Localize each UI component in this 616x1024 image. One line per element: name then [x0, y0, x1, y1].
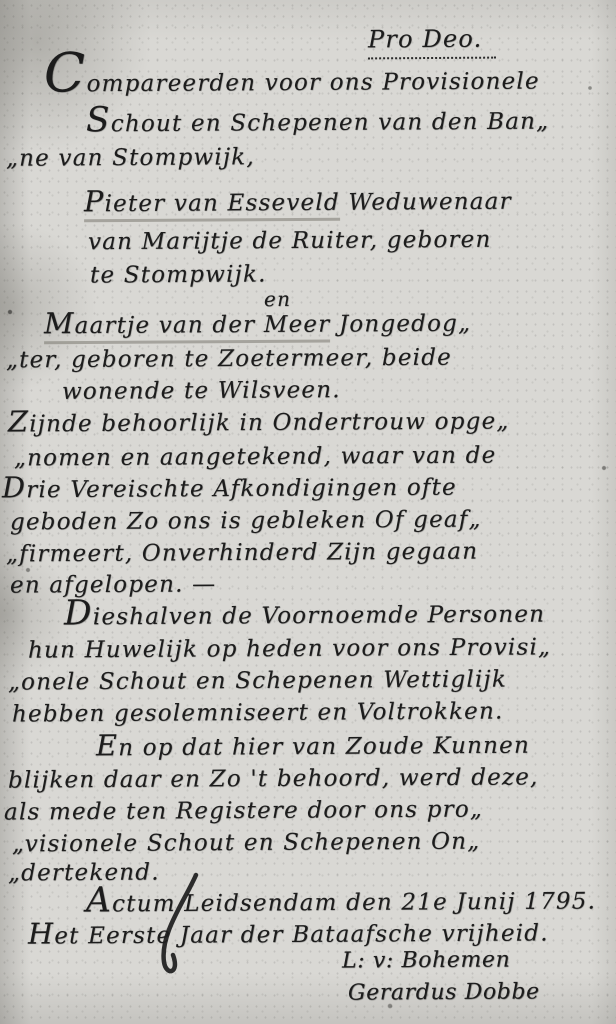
banns-line-3: Drie Vereischte Afkondigingen ofte — [2, 473, 457, 506]
groom-detail-line-1: van Marijtje de Ruiter, geboren — [88, 225, 492, 257]
opening-line-2: Schout en Schepenen van den Ban„ — [86, 107, 549, 140]
pro-deo-heading: Pro Deo. — [368, 24, 497, 55]
banns-line-4: geboden Zo ons is gebleken Of geaf„ — [10, 505, 482, 538]
opening-line-3: „ne van Stompwijk, — [6, 142, 255, 174]
groom-detail-line-2: te Stompwijk. — [90, 259, 267, 290]
solemnization-line-2: hun Huwelijk op heden voor ons Provisi„ — [28, 632, 551, 665]
bride-detail-line-2: wonende te Wilsveen. — [62, 375, 341, 407]
groom-name: Pieter van Esseveld — [84, 190, 340, 223]
groom-name-suffix: Weduwenaar — [340, 189, 512, 216]
banns-line-1: Zijnde behoorlijk in Ondertrouw opge„ — [8, 406, 510, 439]
banns-line-6: en afgelopen. — — [10, 569, 216, 600]
bride-line: Maartje van der Meer Jongedog„ — [44, 309, 471, 342]
solemnization-line-3: „onele Schout en Schepenen Wettiglijk — [8, 664, 507, 697]
solemnization-line-4: hebben gesolemniseert en Voltrokken. — [12, 696, 504, 729]
registration-line-4: „visionele Schout en Schepenen On„ — [12, 827, 480, 860]
banns-line-5: „firmeert, Onverhinderd Zijn gegaan — [6, 537, 478, 570]
registration-line-3: als mede ten Registere door ons pro„ — [4, 795, 483, 828]
bride-name: Maartje van der Meer — [44, 312, 331, 345]
opening-line-1: Compareerden voor ons Provisionele — [44, 66, 540, 99]
registration-line-5: „dertekend. — [8, 858, 160, 889]
bride-detail-line-1: „ter, geboren te Zoetermeer, beide — [6, 343, 452, 376]
groom-line: Pieter van Esseveld Weduwenaar — [84, 187, 512, 220]
registration-line-2: blijken daar en Zo 't behoord, werd deze… — [8, 762, 539, 795]
registration-line-1: En op dat hier van Zoude Kunnen — [96, 731, 530, 764]
solemnization-line-1: Dieshalven de Voornoemde Personen — [64, 600, 545, 633]
bride-name-suffix: Jongedog„ — [330, 311, 471, 338]
pro-deo-text: Pro Deo. — [368, 25, 497, 60]
banns-line-2: „nomen en aangetekend, waar van de — [14, 441, 497, 474]
signature-dobbe: Gerardus Dobbe — [348, 977, 540, 1008]
dateline-place-date: Actum Leidsendam den 21e Junij 1795. — [86, 886, 596, 919]
signature-bohemen: L: v: Bohemen — [342, 945, 510, 976]
document-page: Pro Deo. Compareerden voor ons Provision… — [0, 0, 616, 1024]
